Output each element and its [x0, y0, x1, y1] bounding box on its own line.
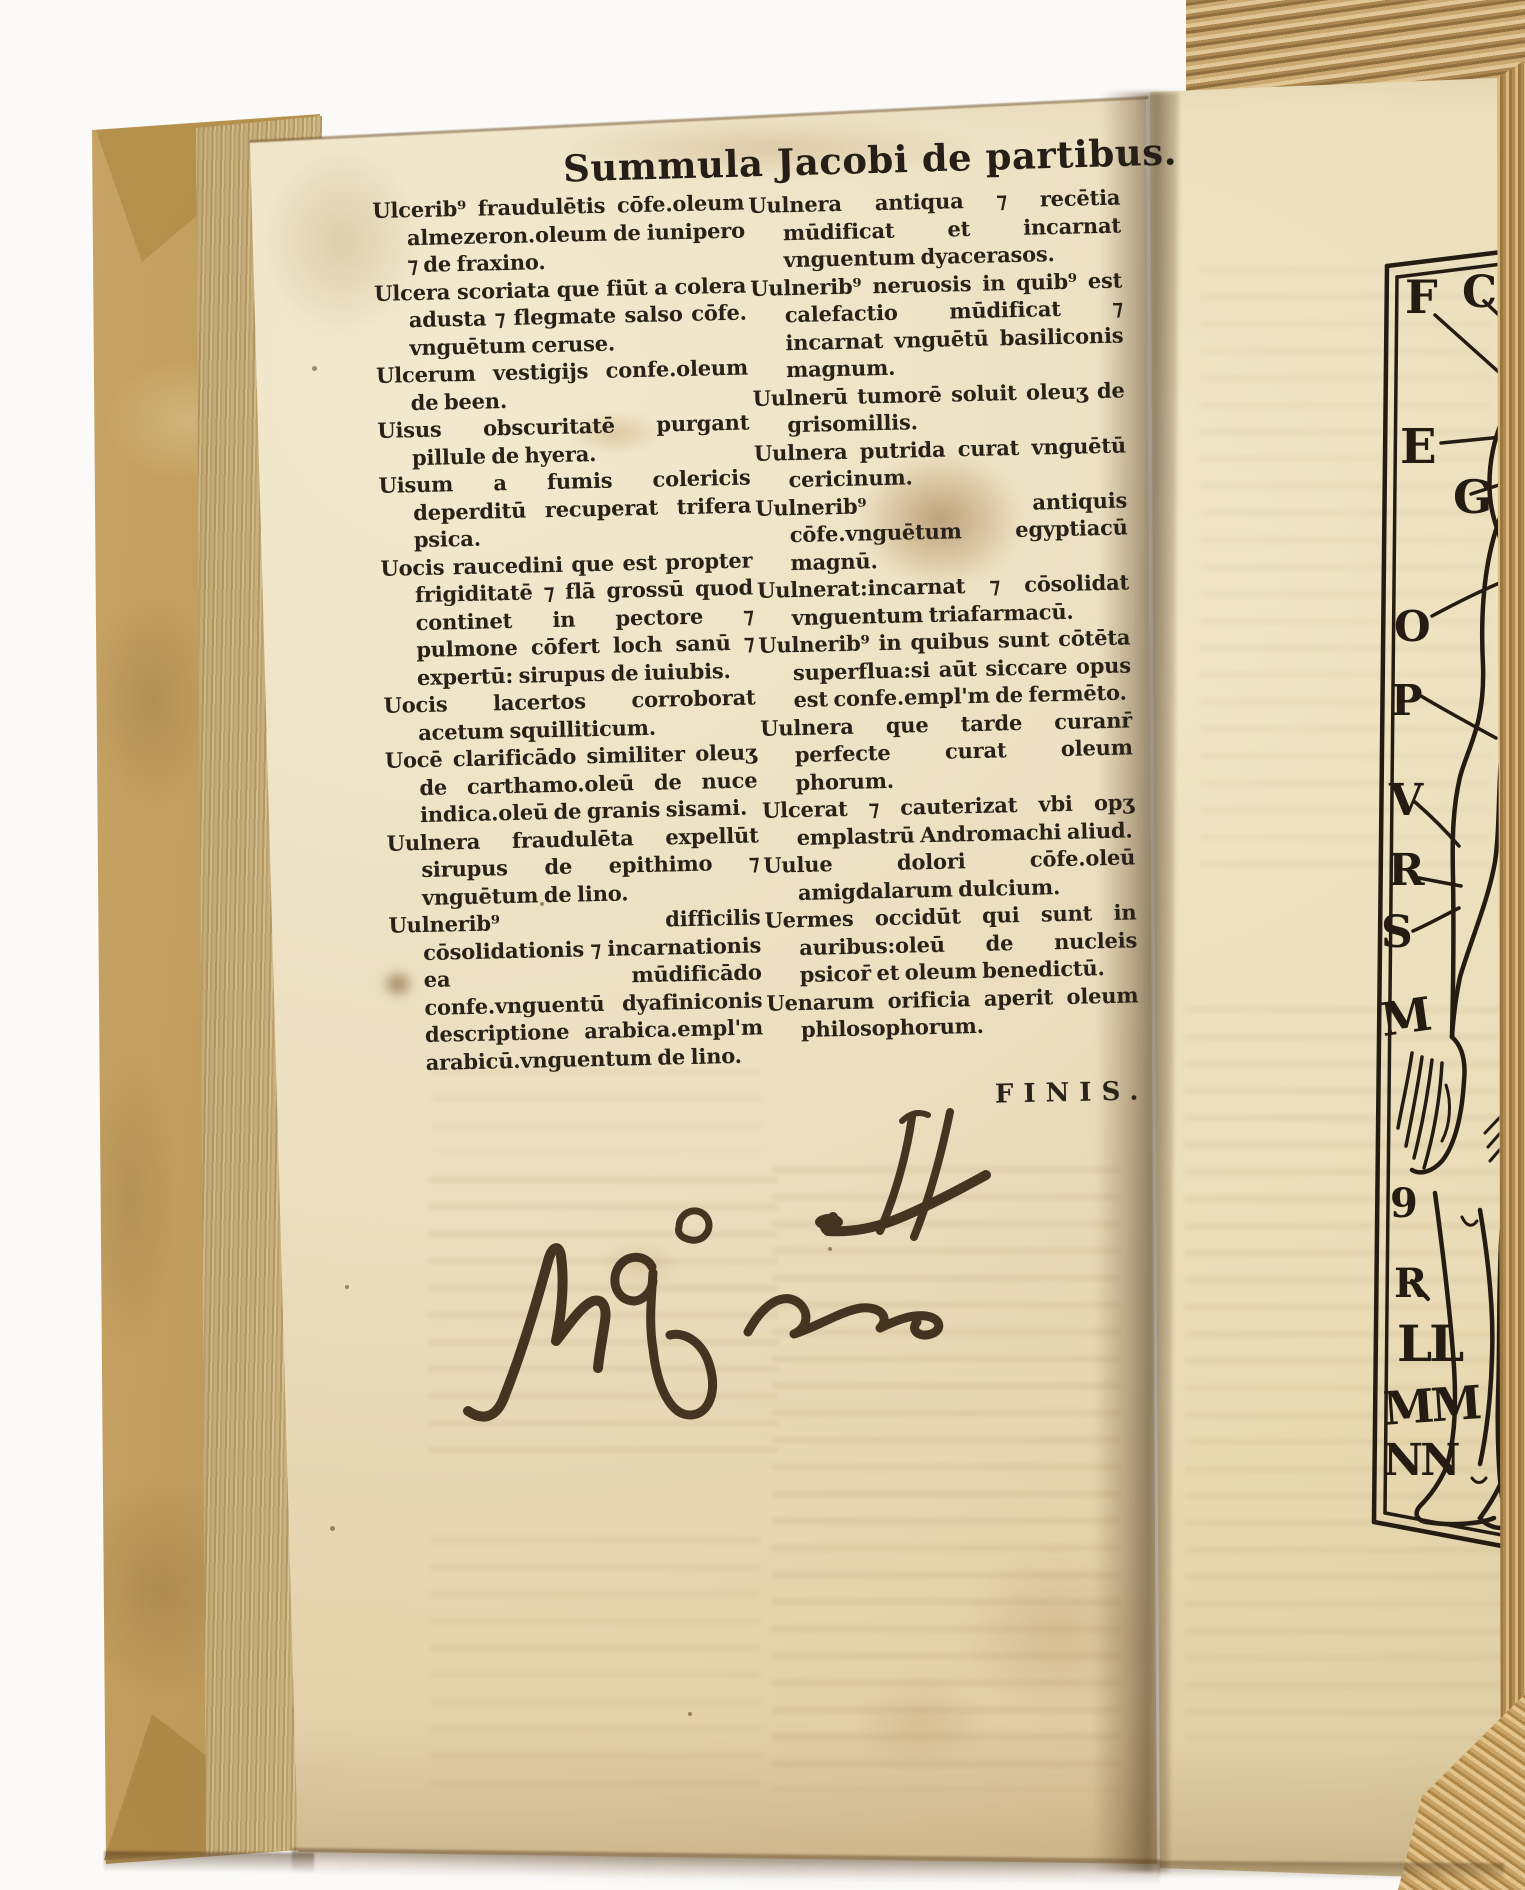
index-entry: Uulnerib⁹ difficilis cōsolidationis ⁊ in…: [388, 903, 764, 1076]
woodcut-mark-rx: R: [1394, 1260, 1428, 1307]
index-entry: Uulnera que tarde curanr̄ perfecte curat…: [760, 706, 1134, 797]
index-entry: Uulnerib⁹ antiquis cōfe.vnguētum egyptia…: [755, 486, 1129, 577]
text-column-right: Uulnera antiqua ⁊ recētia mūdificat et i…: [748, 184, 1139, 1045]
woodcut-letter-P: P: [1391, 676, 1423, 725]
index-entry: Uisus obscuritatē purgant pillule de hye…: [377, 409, 750, 472]
text-column-left: Ulcerib⁹ fraudulētis cōfe.oleum almezero…: [372, 189, 764, 1077]
woodcut-letter-M: M: [1377, 986, 1435, 1047]
index-entry: Uulue dolori cōfe.oleū amigdalarum dulci…: [763, 843, 1136, 906]
woodcut-mark-LL: LL: [1397, 1314, 1464, 1373]
cover-bottom-edge: [104, 1851, 314, 1877]
woodcut-letter-S: S: [1381, 907, 1413, 958]
index-entry: Uisum a fumis colericis deperditū recupe…: [378, 463, 752, 554]
index-entry: Uulnerib⁹ in quibus sunt cōtēta superflu…: [758, 623, 1132, 714]
woodcut-mark-MM: MM: [1381, 1375, 1481, 1436]
woodcut-mark-9: 9: [1390, 1180, 1418, 1227]
woodcut-letter-E: E: [1400, 419, 1437, 475]
index-entry: Uulnera fraudulēta expellūt sirupus de e…: [386, 821, 760, 912]
index-entry: Uocē clarificādo similiter oleuʒ de cart…: [384, 738, 758, 829]
index-entry: Ulcera scoriata que fiūt a colera adusta…: [374, 271, 748, 362]
anatomical-woodcut: F C L E G O P V R S M 9 R LL MM NN: [1150, 85, 1502, 1875]
index-entry: Ulcerum vestigijs confe.oleum de been.: [376, 354, 749, 417]
show-through: [430, 1520, 760, 1800]
index-entry: Uulnerū tumorē soluit oleuʒ de grisomill…: [752, 376, 1125, 439]
woodcut-letter-R: R: [1388, 845, 1425, 896]
index-entry: Uulnerat:incarnat ⁊ cōsolidat vnguentum …: [757, 568, 1130, 631]
woodcut-letter-C: C: [1462, 267, 1497, 318]
signature-strokes: [468, 1211, 939, 1417]
speck: [688, 1712, 692, 1716]
speck: [330, 1526, 335, 1531]
paraph-flourish: [825, 1112, 986, 1237]
woodcut-mark-NN: NN: [1383, 1435, 1459, 1486]
page-bottom-edge: [1158, 1861, 1504, 1885]
ink-inscription: [280, 1055, 1040, 1485]
index-entry: Uocis raucedini que est propter frigidit…: [380, 546, 755, 692]
woodcut-letter-O: O: [1394, 602, 1431, 651]
index-entry: Uulnera putrida curat vnguētū cericinum.: [754, 431, 1127, 494]
speck: [312, 366, 317, 371]
woodcut-letter-F: F: [1405, 270, 1438, 324]
index-entry: Uulnerib⁹ neruosis in quib⁹ est calefact…: [750, 266, 1124, 384]
index-entry: Ulcerib⁹ fraudulētis cōfe.oleum almezero…: [372, 189, 746, 280]
index-entry: Ulcerat ⁊ cauterizat vbi opʒ emplastrū A…: [762, 788, 1135, 851]
index-entry: Uocis lacertos corroborat acetum squilli…: [383, 683, 756, 746]
index-entry: Uulnera antiqua ⁊ recētia mūdificat et i…: [748, 184, 1122, 275]
woodcut-frame: [1387, 252, 1502, 266]
book-photograph: F C L E G O P V R S M 9 R LL MM NN Summu…: [0, 0, 1525, 1890]
woodcut-letter-G: G: [1453, 470, 1492, 524]
woodcut-letter-V: V: [1388, 775, 1424, 826]
index-entry: Uenarum orificia aperit oleum philosopho…: [766, 981, 1139, 1044]
index-entry: Uermes occidūt qui sunt in auribus:oleū …: [764, 898, 1138, 989]
